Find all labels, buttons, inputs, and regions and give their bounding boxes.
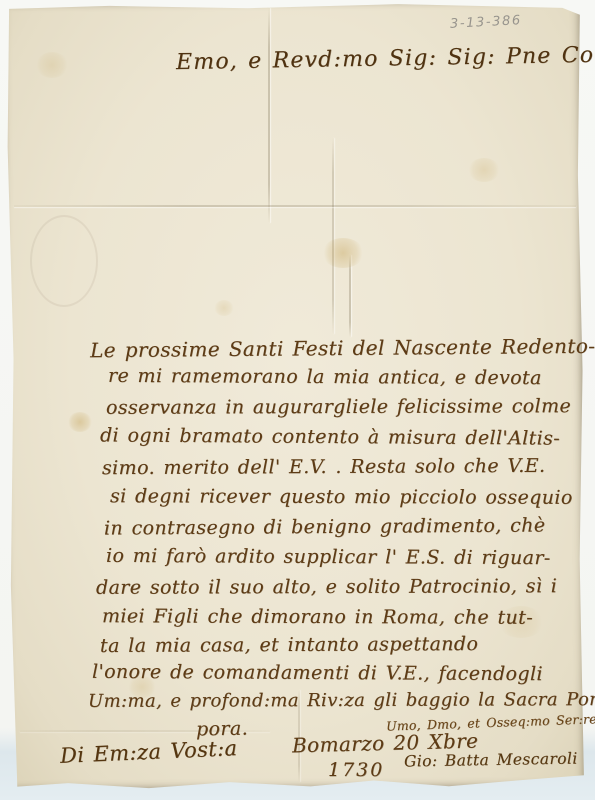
body-line: io mi farò ardito supplicar l' E.S. di r… — [106, 545, 551, 569]
year: 1730 — [328, 759, 384, 781]
scanned-letter-page: 3-13-386 Emo, e Revd:mo Sig: Sig: Pne Co… — [0, 0, 595, 800]
body-line: osservanza in augurargliele felicissime … — [106, 395, 571, 419]
body-line: simo. merito dell' E.V. . Resta solo che… — [102, 455, 546, 479]
body-line: in contrasegno di benigno gradimento, ch… — [104, 514, 546, 539]
body-line: si degni ricever questo mio picciolo oss… — [110, 485, 573, 509]
signature: Gio: Batta Mescaroli — [404, 749, 578, 770]
body-line: Le prossime Santi Festi del Nascente Red… — [90, 334, 595, 362]
body-line: di ogni bramato contento à misura dell'A… — [100, 424, 560, 449]
body-line: dare sotto il suo alto, e solito Patroci… — [96, 575, 557, 599]
body-line: ta la mia casa, et intanto aspettando — [100, 633, 478, 657]
body-line: miei Figli che dimorano in Roma, che tut… — [102, 605, 533, 629]
body-line: l'onore de comandamenti di V.E., facendo… — [92, 661, 543, 685]
body-line: re mi ramemorano la mia antica, e devota — [108, 365, 542, 389]
body-line: Um:ma, e profond:ma Riv:za gli baggio la… — [88, 689, 595, 712]
